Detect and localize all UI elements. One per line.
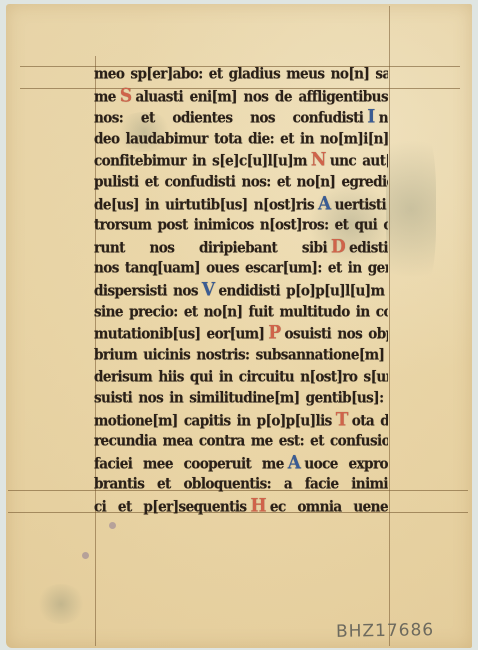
- text-line: meo sp[er]abo: et gladius meus no[n] sal…: [94, 63, 388, 87]
- text-line: confitebimur in s[e]c[u]l[u]mNunc aut[em…: [94, 149, 388, 173]
- text-line: suisti nos in similitudine[m] gentib[us]…: [94, 387, 388, 411]
- decorated-initial: N: [307, 149, 330, 171]
- water-stain: [36, 584, 86, 624]
- text-segment: aluasti eni[m] nos de affligentibus: [136, 88, 388, 106]
- text-segment: n: [379, 109, 388, 127]
- decorated-initial: I: [363, 106, 378, 128]
- ink-spot: [109, 522, 116, 529]
- text-line: pulisti et confudisti nos: et no[n] egre…: [94, 171, 388, 195]
- text-segment: mutationib[us] eor[um]: [94, 325, 264, 343]
- decorated-initial: V: [198, 279, 219, 301]
- text-segment: deo laudabimur tota die: et in no[m]i[n]…: [94, 130, 388, 148]
- text-line: mutationib[us] eor[um]Posuisti nos obp: [94, 322, 388, 346]
- text-segment: derisum hiis qui in circuitu n[ost]ro s[…: [94, 368, 388, 386]
- text-segment: endidisti p[o]p[u]l[u]m tuum: [218, 282, 388, 300]
- text-segment: uertisti nos re: [335, 196, 388, 214]
- text-line: trorsum post inimicos n[ost]ros: et qui …: [94, 214, 388, 238]
- ink-spot: [82, 552, 89, 559]
- text-segment: recundia mea contra me est: et confusio: [94, 432, 388, 450]
- text-segment: dispersisti nos: [94, 282, 198, 300]
- text-segment: de[us] in uirtutib[us] n[ost]ris: [94, 196, 314, 214]
- text-segment: pulisti et confudisti nos: et no[n] egre…: [94, 173, 388, 191]
- text-segment: motione[m] capitis in p[o]p[u]lis: [94, 412, 332, 430]
- text-line: ci et p[er]sequentisHec omnia uene: [94, 495, 388, 519]
- text-segment: edisti: [349, 239, 388, 257]
- decorated-initial: S: [116, 84, 136, 106]
- decorated-initial: A: [314, 192, 335, 214]
- text-line: dispersisti nosVendidisti p[o]p[u]l[u]m …: [94, 279, 388, 303]
- text-segment: brium uicinis nostris: subsannatione[m] …: [94, 346, 388, 364]
- text-line: nos tanq[uam] oues escar[um]: et in gent…: [94, 257, 388, 281]
- water-stain: [386, 114, 436, 304]
- text-segment: osuisti nos obp: [285, 325, 388, 343]
- text-segment: confitebimur in s[e]c[u]l[u]m: [94, 152, 307, 170]
- text-segment: suisti nos in similitudine[m] gentib[us]…: [94, 389, 388, 407]
- text-segment: faciei mee cooperuit me: [94, 455, 284, 473]
- text-column: meo sp[er]abo: et gladius meus no[n] sal…: [94, 64, 388, 517]
- decorated-initial: P: [264, 322, 284, 344]
- text-segment: meo sp[er]abo: et gladius meus no[n] sal…: [94, 65, 388, 83]
- text-segment: brantis et obloquentis: a facie inimi: [94, 475, 388, 493]
- text-segment: runt nos diripiebant sibi: [94, 239, 327, 257]
- text-segment: me: [94, 88, 116, 106]
- text-segment: ec omnia uene: [270, 498, 388, 516]
- shelfmark: BHZ17686: [336, 620, 435, 642]
- text-segment: ota die ue: [352, 412, 388, 430]
- decorated-initial: T: [332, 408, 352, 430]
- decorated-initial: A: [284, 451, 305, 473]
- ruling-right-margin: [389, 6, 390, 646]
- text-line: derisum hiis qui in circuitu n[ost]ro s[…: [94, 365, 388, 389]
- text-line: brantis et obloquentis: a facie inimi: [94, 473, 388, 497]
- text-segment: uoce expro: [304, 455, 388, 473]
- text-segment: nos tanq[uam] oues escar[um]: et in gent…: [94, 259, 388, 277]
- text-segment: sine precio: et no[n] fuit multitudo in …: [94, 302, 388, 320]
- text-segment: trorsum post inimicos n[ost]ros: et qui …: [94, 216, 388, 234]
- text-segment: ci et p[er]sequentis: [94, 498, 246, 516]
- decorated-initial: H: [246, 495, 269, 517]
- text-line: nos: et odientes nos confudistiIn: [94, 106, 388, 130]
- text-line: recundia mea contra me est: et confusio: [94, 430, 388, 454]
- text-segment: nos: et odientes nos confudisti: [94, 109, 363, 127]
- decorated-initial: D: [327, 235, 349, 257]
- text-segment: unc aut[em] re: [330, 152, 388, 170]
